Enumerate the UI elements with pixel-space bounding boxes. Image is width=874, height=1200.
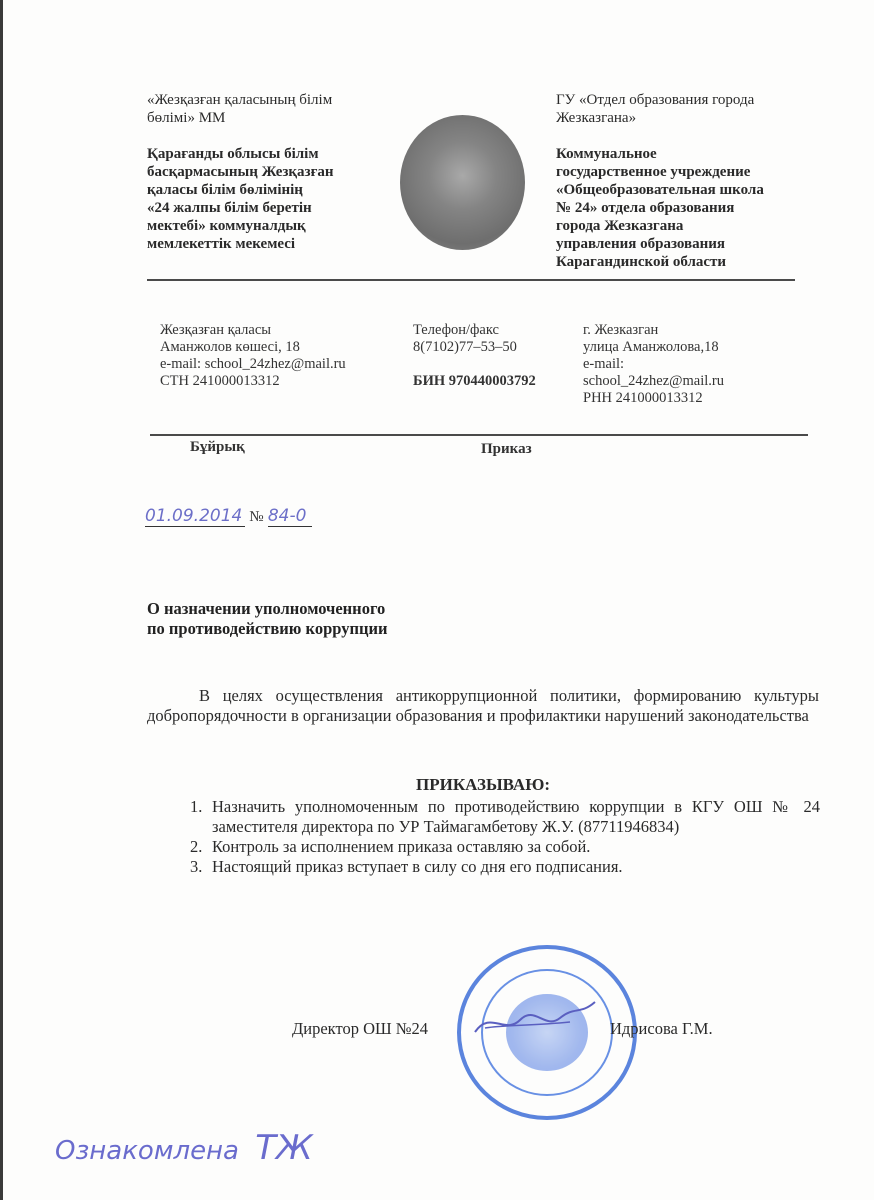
preamble: В целях осуществления антикоррупционной … [147, 686, 819, 726]
header-right: ГУ «Отдел образования города Жезказгана»… [556, 91, 806, 271]
order-title: О назначении уполномоченного по противод… [147, 599, 447, 639]
order-items: 1. Назначить уполномоченным по противоде… [190, 797, 820, 877]
order-item: 1. Назначить уполномоченным по противоде… [190, 797, 820, 837]
doc-label-kz: Бұйрық [190, 439, 245, 456]
header-left: «Жезқазған қаласының білім бөлімі» ММ Қа… [147, 91, 387, 253]
signer-name: Идрисова Г.М. [610, 1019, 713, 1039]
contacts-divider [150, 434, 808, 436]
email-left: e-mail: school_24zhez@mail.ru [160, 356, 390, 373]
order-item: 3. Настоящий приказ вступает в силу со д… [190, 857, 820, 877]
director-signature-icon [470, 1000, 600, 1045]
doc-label-ru: Приказ [481, 441, 532, 458]
contacts-right: г. Жезказган улица Аманжолова,18 e-mail:… [583, 322, 803, 407]
signer-position: Директор ОШ №24 [292, 1019, 428, 1039]
header-right-plain: ГУ «Отдел образования города Жезказгана» [556, 91, 806, 127]
header-left-plain: «Жезқазған қаласының білім бөлімі» ММ [147, 91, 387, 127]
scan-edge [0, 0, 3, 1200]
bin-number: БИН 970440003792 [413, 373, 573, 390]
header-divider [147, 279, 795, 281]
email-right: school_24zhez@mail.ru [583, 373, 803, 390]
order-item: 2. Контроль за исполнением приказа остав… [190, 837, 820, 857]
contacts-center: Телефон/факс 8(7102)77–53–50 БИН 9704400… [413, 322, 573, 390]
number-sign: № [249, 509, 263, 525]
contacts-left: Жезқазған қаласы Аманжолов көшесі, 18 e-… [160, 322, 390, 390]
order-reference: 01.09.2014 № 84-0 [145, 506, 312, 527]
state-emblem-icon [400, 115, 525, 250]
header-left-bold: Қарағанды облысы білім басқармасының Жез… [147, 145, 387, 253]
header-right-bold: Коммунальное государственное учреждение … [556, 145, 806, 271]
phone-number: 8(7102)77–53–50 [413, 339, 573, 356]
order-date: 01.09.2014 [145, 506, 245, 527]
acknowledgement-note: Ознакомлена ТЖ [55, 1128, 313, 1168]
order-heading: ПРИКАЗЫВАЮ: [147, 775, 819, 795]
order-number: 84-0 [268, 506, 312, 527]
